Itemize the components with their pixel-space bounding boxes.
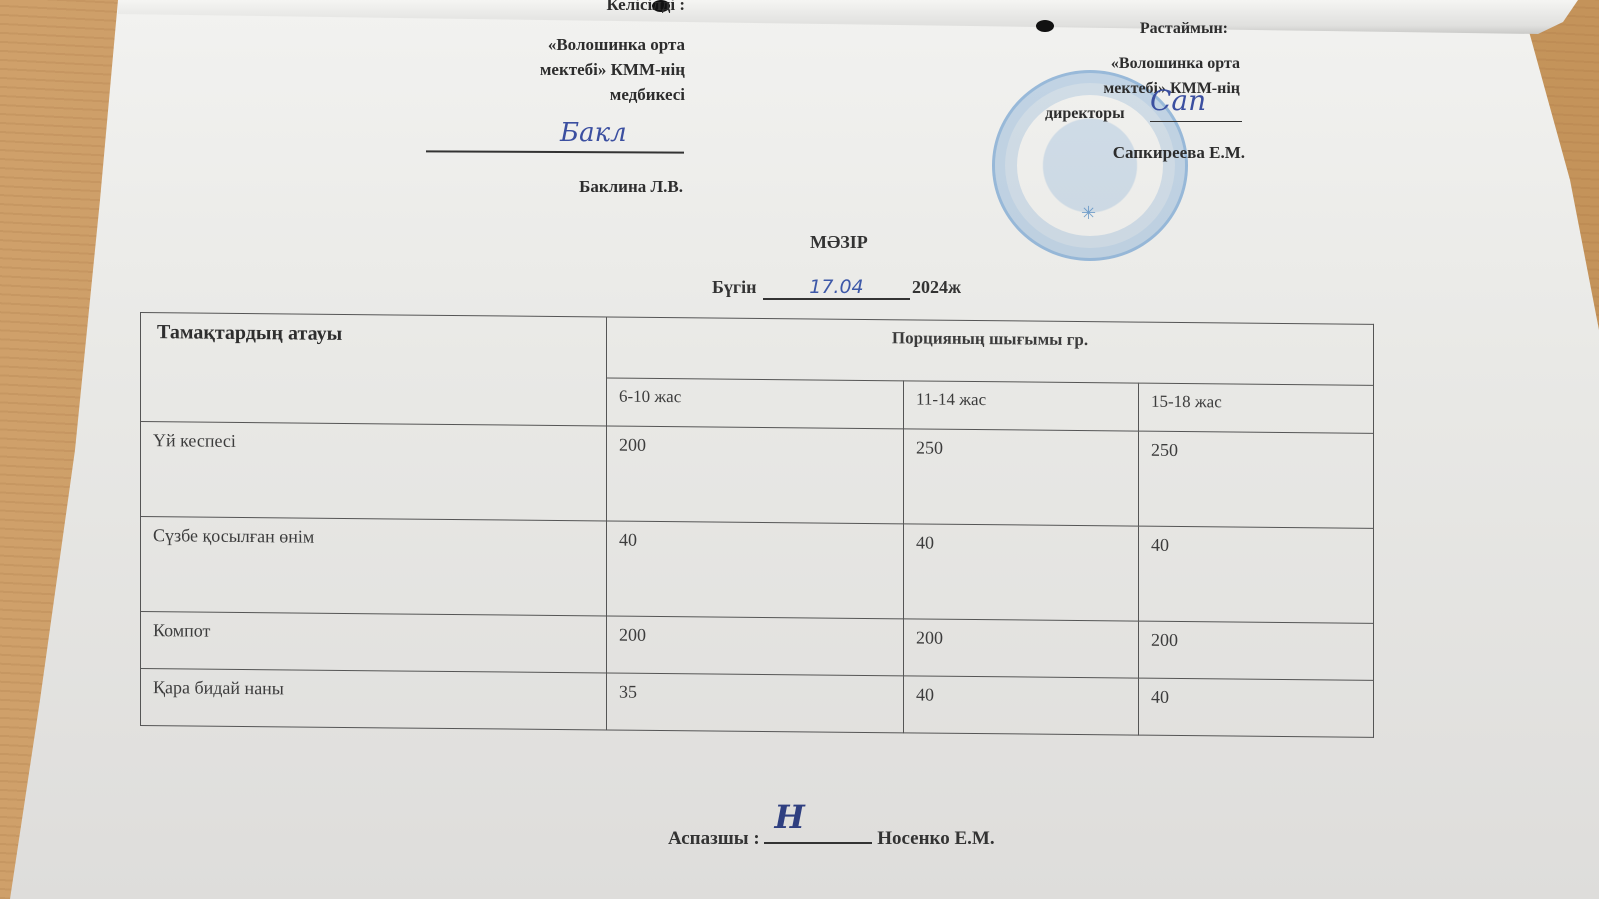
approval-left-org-2: мектебі» КММ-нің (430, 57, 685, 82)
approval-right-role: директоры (1045, 101, 1240, 126)
header-age-15-18: 15-18 жас (1139, 383, 1374, 433)
stamp-star-icon: ✳ (1081, 203, 1096, 224)
cook-line: Аспазшы : Н Носенко Е.М. (668, 824, 995, 850)
portion-value: 40 (904, 676, 1139, 735)
portion-value: 40 (1139, 526, 1374, 623)
portion-value: 250 (1139, 431, 1374, 528)
approval-right: Растаймын: «Волошинка орта мектебі» КММ-… (1040, 16, 1240, 126)
approval-left: Келісілді : «Волошинка орта мектебі» КММ… (430, 0, 685, 107)
header-portion: Порцияның шығымы гр. (607, 317, 1374, 385)
document-title: МӘЗІР (810, 232, 868, 253)
date-label: Бүгін (712, 277, 756, 297)
approval-right-org-1: «Волошинка орта (1040, 51, 1240, 76)
dish-name: Қара бидай наны (141, 669, 607, 730)
date-handwritten: 17.04 (763, 276, 910, 300)
dish-name: Сүзбе қосылған өнім (141, 517, 607, 616)
menu-table: Тамақтардың атауы Порцияның шығымы гр. 6… (140, 312, 1374, 738)
portion-value: 40 (904, 524, 1139, 621)
approval-right-heading: Растаймын: (1040, 16, 1240, 41)
approval-left-org-1: «Волошинка орта (430, 32, 685, 57)
portion-value: 200 (1139, 621, 1374, 680)
cook-signature-line: Н (764, 824, 872, 844)
date-year: 2024ж (912, 277, 961, 297)
cook-label: Аспазшы : (668, 828, 760, 849)
signature-right: Сап (1150, 84, 1206, 117)
approval-left-heading: Келісілді : (430, 0, 685, 17)
dish-name: Үй кеспесі (141, 422, 607, 521)
header-age-6-10: 6-10 жас (607, 378, 904, 429)
portion-value: 40 (607, 521, 904, 619)
portion-value: 250 (904, 429, 1139, 526)
portion-value: 200 (607, 616, 904, 676)
approval-left-name: Баклина Л.В. (480, 174, 683, 199)
cook-signature: Н (774, 798, 804, 836)
table-row: Қара бидай наны 35 40 40 (141, 669, 1374, 738)
portion-value: 200 (904, 619, 1139, 678)
signature-left: Бакл (560, 118, 627, 148)
header-age-11-14: 11-14 жас (904, 381, 1139, 431)
portion-value: 35 (607, 673, 904, 733)
table-row: Үй кеспесі 200 250 250 (141, 422, 1374, 529)
date-line: Бүгін 17.042024ж (712, 276, 961, 300)
signature-line-right (1150, 121, 1242, 122)
approval-left-role: медбикесі (430, 82, 685, 107)
dish-name: Компот (141, 612, 607, 673)
portion-value: 40 (1139, 678, 1374, 737)
table-row: Сүзбе қосылған өнім 40 40 40 (141, 517, 1374, 624)
cook-name: Носенко Е.М. (877, 828, 994, 849)
approval-right-org-2: мектебі» КММ-нің (1040, 76, 1240, 101)
portion-value: 200 (607, 426, 904, 524)
approval-right-name: Сапкиреева Е.М. (1060, 140, 1245, 165)
header-dish-name: Тамақтардың атауы (141, 313, 607, 426)
